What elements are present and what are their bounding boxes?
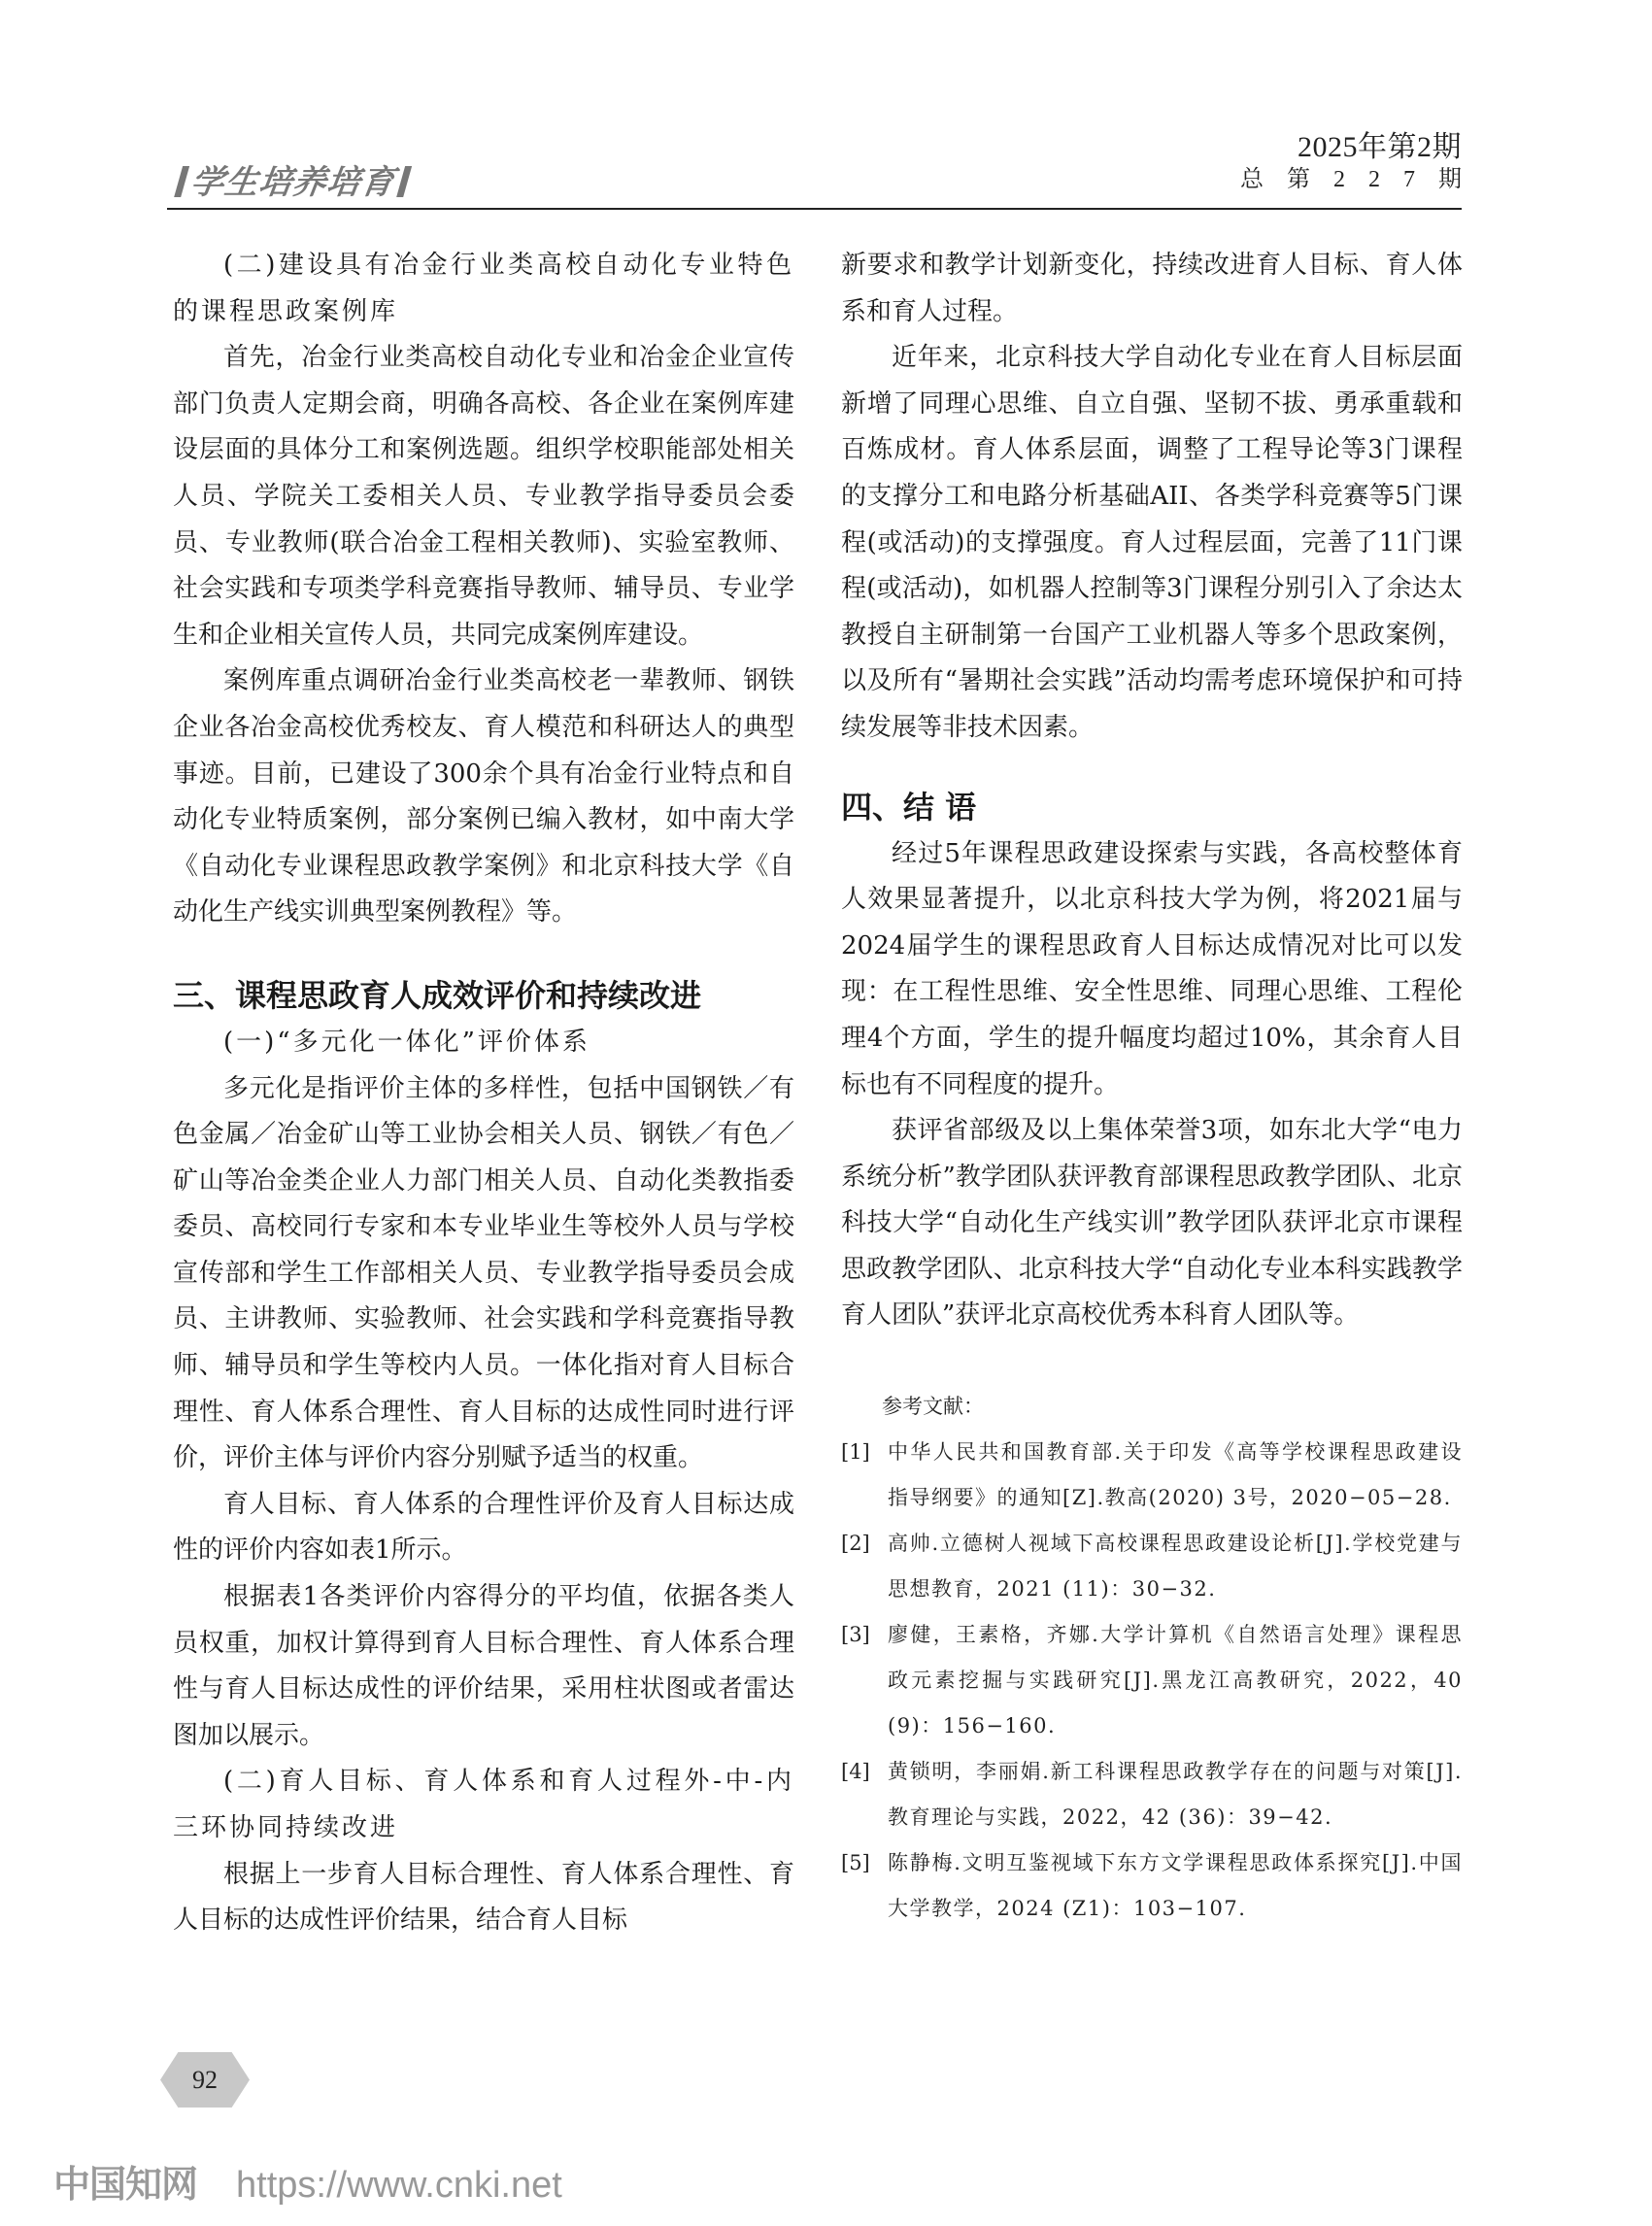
reference-number: [5] bbox=[841, 1840, 888, 1932]
issue-number: 2025年第2期 bbox=[1240, 130, 1462, 165]
header-divider bbox=[167, 208, 1462, 210]
page-number-badge: 92 bbox=[160, 2052, 250, 2108]
subsection-heading: (二)育人目标、育人体系和育人过程外-中-内三环协同持续改进 bbox=[173, 1759, 794, 1851]
paragraph: 育人目标、育人体系的合理性评价及育人目标达成性的评价内容如表1所示。 bbox=[173, 1482, 794, 1574]
paragraph: 新要求和教学计划新变化，持续改进育人目标、育人体系和育人过程。 bbox=[841, 243, 1463, 335]
decorative-bar-left bbox=[174, 166, 189, 197]
reference-text: 陈静梅.文明互鉴视域下东方文学课程思政体系探究[J].中国大学教学，2024 (… bbox=[888, 1840, 1463, 1932]
watermark-url[interactable]: https://www.cnki.net bbox=[236, 2165, 562, 2206]
decorative-bar-right bbox=[396, 166, 412, 197]
references: 参考文献： [1] 中华人民共和国教育部.关于印发《高等学校课程思政建设指导纲要… bbox=[841, 1384, 1463, 1932]
section-heading: 四、结 语 bbox=[841, 783, 1463, 831]
subsection-heading: (一)“多元化一体化”评价体系 bbox=[173, 1020, 794, 1066]
references-title: 参考文献： bbox=[841, 1384, 1463, 1430]
paragraph: 根据上一步育人目标合理性、育人体系合理性、育人目标的达成性评价结果，结合育人目标 bbox=[173, 1852, 794, 1944]
total-issue-number: 总 第 2 2 7 期 bbox=[1240, 165, 1470, 194]
reference-item: [1] 中华人民共和国教育部.关于印发《高等学校课程思政建设指导纲要》的通知[Z… bbox=[841, 1430, 1463, 1521]
reference-item: [5] 陈静梅.文明互鉴视域下东方文学课程思政体系探究[J].中国大学教学，20… bbox=[841, 1840, 1463, 1932]
reference-number: [2] bbox=[841, 1521, 888, 1612]
paragraph: 近年来，北京科技大学自动化专业在育人目标层面新增了同理心思维、自立自强、坚韧不拔… bbox=[841, 335, 1463, 751]
reference-text: 高帅.立德树人视域下高校课程思政建设论析[J].学校党建与思想教育，2021 (… bbox=[888, 1521, 1463, 1612]
reference-text: 廖健，王素格，齐娜.大学计算机《自然语言处理》课程思政元素挖掘与实践研究[J].… bbox=[888, 1612, 1463, 1749]
journal-section-label: 学生培养培育 bbox=[170, 155, 418, 203]
paragraph: 获评省部级及以上集体荣誉3项，如东北大学“电力系统分析”教学团队获评教育部课程思… bbox=[841, 1108, 1463, 1339]
watermark-brand: 中国知网 bbox=[53, 2165, 197, 2206]
page-number: 92 bbox=[192, 2066, 218, 2095]
reference-number: [1] bbox=[841, 1430, 888, 1521]
reference-item: [4] 黄锁明，李丽娟.新工科课程思政教学存在的问题与对策[J].教育理论与实践… bbox=[841, 1749, 1463, 1840]
reference-item: [2] 高帅.立德树人视域下高校课程思政建设论析[J].学校党建与思想教育，20… bbox=[841, 1521, 1463, 1612]
reference-item: [3] 廖健，王素格，齐娜.大学计算机《自然语言处理》课程思政元素挖掘与实践研究… bbox=[841, 1612, 1463, 1749]
paragraph: 首先，冶金行业类高校自动化专业和冶金企业宣传部门负责人定期会商，明确各高校、各企… bbox=[173, 335, 794, 658]
right-column: 新要求和教学计划新变化，持续改进育人目标、育人体系和育人过程。 近年来，北京科技… bbox=[841, 243, 1463, 1932]
reference-text: 黄锁明，李丽娟.新工科课程思政教学存在的问题与对策[J].教育理论与实践，202… bbox=[888, 1749, 1463, 1840]
paragraph: 案例库重点调研冶金行业类高校老一辈教师、钢铁企业各冶金高校优秀校友、育人模范和科… bbox=[173, 658, 794, 936]
cnki-watermark: 中国知网https://www.cnki.net bbox=[53, 2154, 562, 2208]
reference-number: [3] bbox=[841, 1612, 888, 1749]
reference-number: [4] bbox=[841, 1749, 888, 1840]
section-heading: 三、课程思政育人成效评价和持续改进 bbox=[173, 971, 794, 1020]
paragraph: 根据表1各类评价内容得分的平均值，依据各类人员权重，加权计算得到育人目标合理性、… bbox=[173, 1574, 794, 1759]
paragraph: 多元化是指评价主体的多样性，包括中国钢铁／有色金属／冶金矿山等工业协会相关人员、… bbox=[173, 1066, 794, 1482]
left-column: (二)建设具有冶金行业类高校自动化专业特色的课程思政案例库 首先，冶金行业类高校… bbox=[173, 243, 794, 1944]
issue-info: 2025年第2期 总 第 2 2 7 期 bbox=[1240, 130, 1462, 194]
subsection-heading: (二)建设具有冶金行业类高校自动化专业特色的课程思政案例库 bbox=[173, 243, 794, 335]
reference-text: 中华人民共和国教育部.关于印发《高等学校课程思政建设指导纲要》的通知[Z].教高… bbox=[888, 1430, 1463, 1521]
paragraph: 经过5年课程思政建设探索与实践，各高校整体育人效果显著提升，以北京科技大学为例，… bbox=[841, 831, 1463, 1109]
section-label-text: 学生培养培育 bbox=[188, 163, 398, 202]
